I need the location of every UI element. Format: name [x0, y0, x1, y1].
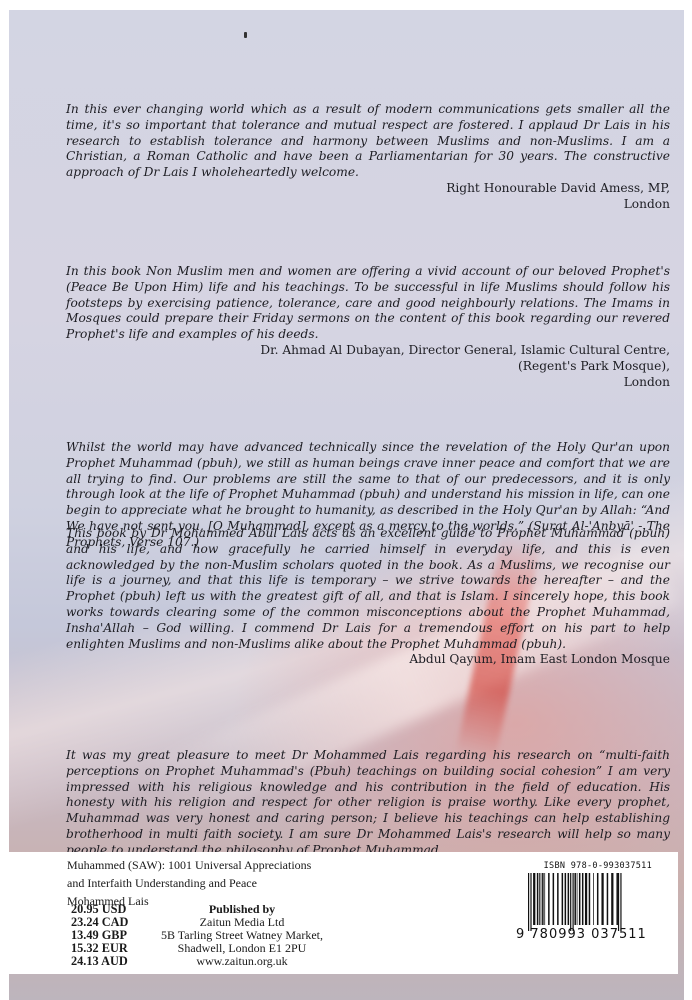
barcode-icon: [528, 873, 652, 931]
publisher-info: Published by Zaitun Media Ltd 5B Tarling…: [157, 903, 327, 968]
attribution-line: London: [66, 375, 670, 391]
isbn-number: 9 780993 037511: [516, 927, 654, 942]
endorsement-qayum: This book by Dr Mohammed Abul Lais acts …: [66, 526, 670, 668]
price-list: 20.95 USD 23.24 CAD 13.49 GBP 15.32 EUR …: [71, 903, 128, 968]
book-title-line: Muhammed (SAW): 1001 Universal Appreciat…: [67, 856, 311, 874]
attribution-line: Dr. Ahmad Al Dubayan, Director General, …: [66, 343, 670, 359]
isbn-label: ISBN 978-0-993037511: [518, 861, 652, 871]
attribution-line: Abdul Qayum, Imam East London Mosque: [66, 652, 670, 668]
endorsement-dubayan: In this book Non Muslim men and women ar…: [66, 264, 670, 390]
print-speck: [244, 32, 247, 38]
isbn-barcode: ISBN 978-0-993037511 9 780993 037511: [516, 861, 654, 951]
endorsement-text: In this book Non Muslim men and women ar…: [66, 264, 670, 343]
attribution-line: London: [66, 197, 670, 213]
attribution-line: Right Honourable David Amess, MP,: [66, 181, 670, 197]
price-aud: 24.13 AUD: [71, 955, 128, 968]
publisher-website: www.zaitun.org.uk: [157, 955, 327, 968]
endorsement-text: This book by Dr Mohammed Abul Lais acts …: [66, 526, 670, 652]
endorsement-amess: In this ever changing world which as a r…: [66, 102, 670, 213]
attribution-line: (Regent's Park Mosque),: [66, 359, 670, 375]
endorsement-text: It was my great pleasure to meet Dr Moha…: [66, 748, 670, 859]
book-info-panel: Muhammed (SAW): 1001 Universal Appreciat…: [9, 852, 678, 974]
book-title-line: and Interfaith Understanding and Peace: [67, 874, 311, 892]
endorsement-text: In this ever changing world which as a r…: [66, 102, 670, 181]
